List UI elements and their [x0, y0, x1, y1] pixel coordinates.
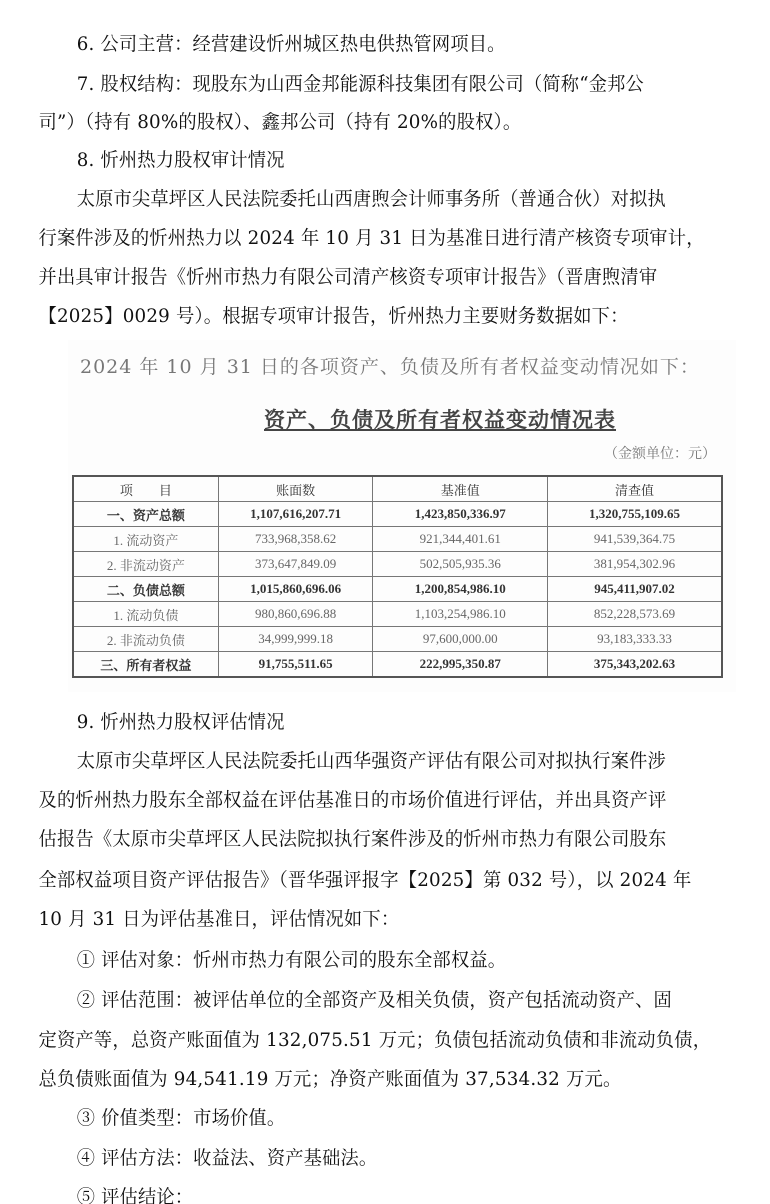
- cell-item: 一、资产总额: [73, 502, 218, 527]
- paragraph-audit-line2: 行案件涉及的忻州热力以 2024 年 10 月 31 日为基准日进行清产核资专项…: [0, 226, 741, 250]
- cell-book: 733,968,358.62: [218, 527, 373, 552]
- table-caption: 2024 年 10 月 31 日的各项资产、负债及所有者权益变动情况如下：: [80, 352, 700, 379]
- point-valuation-conclusion: ⑤ 评估结论：: [0, 1185, 738, 1204]
- cell-check: 93,183,333.33: [547, 627, 722, 652]
- cell-item: 二、负债总额: [73, 577, 218, 602]
- cell-check: 945,411,907.02: [547, 577, 722, 602]
- financial-table: 项 目 账面数 基准值 清查值 一、资产总额 1,107,616,207.71 …: [72, 475, 723, 678]
- table-row: 2. 非流动负债 34,999,999.18 97,600,000.00 93,…: [73, 627, 722, 652]
- cell-base: 502,505,935.36: [373, 552, 548, 577]
- point-valuation-scope-line2: 定资产等，总资产账面值为 132,075.51 万元；负债包括流动负债和非流动负…: [0, 1028, 741, 1052]
- table-unit-note: （金额单位：元）: [604, 443, 716, 463]
- header-item: 项 目: [73, 476, 218, 502]
- paragraph-equity-structure-line2: 司”）（持有 80%的股权）、鑫邦公司（持有 20%的股权）。: [0, 110, 741, 134]
- cell-check: 375,343,202.63: [547, 652, 722, 678]
- cell-base: 921,344,401.61: [373, 527, 548, 552]
- paragraph-valuation-line4: 全部权益项目资产评估报告》（晋华强评报字【2025】第 032 号），以 202…: [0, 868, 741, 892]
- cell-book: 91,755,511.65: [218, 652, 373, 678]
- cell-check: 852,228,573.69: [547, 602, 722, 627]
- cell-base: 1,103,254,986.10: [373, 602, 548, 627]
- table-row: 1. 流动资产 733,968,358.62 921,344,401.61 94…: [73, 527, 722, 552]
- cell-base: 1,200,854,986.10: [373, 577, 548, 602]
- paragraph-valuation-line2: 及的忻州热力股东全部权益在评估基准日的市场价值进行评估，并出具资产评: [0, 788, 741, 812]
- paragraph-valuation-line1: 太原市尖草坪区人民法院委托山西华强资产评估有限公司对拟执行案件涉: [0, 749, 738, 773]
- table-row: 三、所有者权益 91,755,511.65 222,995,350.87 375…: [73, 652, 722, 678]
- point-valuation-object: ① 评估对象：忻州市热力有限公司的股东全部权益。: [0, 948, 738, 972]
- table-header-row: 项 目 账面数 基准值 清查值: [73, 476, 722, 502]
- point-valuation-scope-line1: ② 评估范围：被评估单位的全部资产及相关负债，资产包括流动资产、固: [0, 988, 738, 1012]
- paragraph-audit-line1: 太原市尖草坪区人民法院委托山西唐煦会计师事务所（普通合伙）对拟执: [0, 187, 738, 211]
- cell-item: 三、所有者权益: [73, 652, 218, 678]
- cell-book: 373,647,849.09: [218, 552, 373, 577]
- cell-item: 1. 流动资产: [73, 527, 218, 552]
- point-valuation-method: ④ 评估方法：收益法、资产基础法。: [0, 1146, 738, 1170]
- paragraph-audit-line4: 【2025】0029 号）。根据专项审计报告，忻州热力主要财务数据如下：: [0, 304, 741, 328]
- cell-book: 34,999,999.18: [218, 627, 373, 652]
- section-heading-valuation: 9. 忻州热力股权评估情况: [0, 710, 738, 734]
- point-valuation-scope-line3: 总负债账面值为 94,541.19 万元；净资产账面值为 37,534.32 万…: [0, 1067, 741, 1091]
- paragraph-valuation-line5: 10 月 31 日为评估基准日，评估情况如下：: [0, 907, 741, 931]
- table-title: 资产、负债及所有者权益变动情况表: [264, 404, 616, 434]
- cell-check: 381,954,302.96: [547, 552, 722, 577]
- cell-item: 2. 非流动负债: [73, 627, 218, 652]
- section-heading-audit: 8. 忻州热力股权审计情况: [0, 148, 738, 172]
- paragraph-company-business: 6. 公司主营：经营建设忻州城区热电供热管网项目。: [0, 32, 738, 56]
- cell-base: 222,995,350.87: [373, 652, 548, 678]
- cell-book: 1,015,860,696.06: [218, 577, 373, 602]
- paragraph-audit-line3: 并出具审计报告《忻州市热力有限公司清产核资专项审计报告》（晋唐煦清审: [0, 265, 741, 289]
- header-book-value: 账面数: [218, 476, 373, 502]
- cell-check: 941,539,364.75: [547, 527, 722, 552]
- paragraph-equity-structure-line1: 7. 股权结构：现股东为山西金邦能源科技集团有限公司（简称“金邦公: [0, 72, 738, 96]
- cell-item: 2. 非流动资产: [73, 552, 218, 577]
- cell-check: 1,320,755,109.65: [547, 502, 722, 527]
- cell-base: 1,423,850,336.97: [373, 502, 548, 527]
- cell-base: 97,600,000.00: [373, 627, 548, 652]
- header-base-value: 基准值: [373, 476, 548, 502]
- table-row: 一、资产总额 1,107,616,207.71 1,423,850,336.97…: [73, 502, 722, 527]
- embedded-table-image: 2024 年 10 月 31 日的各项资产、负债及所有者权益变动情况如下： 资产…: [68, 340, 736, 692]
- header-check-value: 清查值: [547, 476, 722, 502]
- table-row: 二、负债总额 1,015,860,696.06 1,200,854,986.10…: [73, 577, 722, 602]
- table-row: 1. 流动负债 980,860,696.88 1,103,254,986.10 …: [73, 602, 722, 627]
- cell-book: 1,107,616,207.71: [218, 502, 373, 527]
- cell-book: 980,860,696.88: [218, 602, 373, 627]
- cell-item: 1. 流动负债: [73, 602, 218, 627]
- point-value-type: ③ 价值类型：市场价值。: [0, 1106, 738, 1130]
- table-row: 2. 非流动资产 373,647,849.09 502,505,935.36 3…: [73, 552, 722, 577]
- paragraph-valuation-line3: 估报告《太原市尖草坪区人民法院拟执行案件涉及的忻州市热力有限公司股东: [0, 827, 741, 851]
